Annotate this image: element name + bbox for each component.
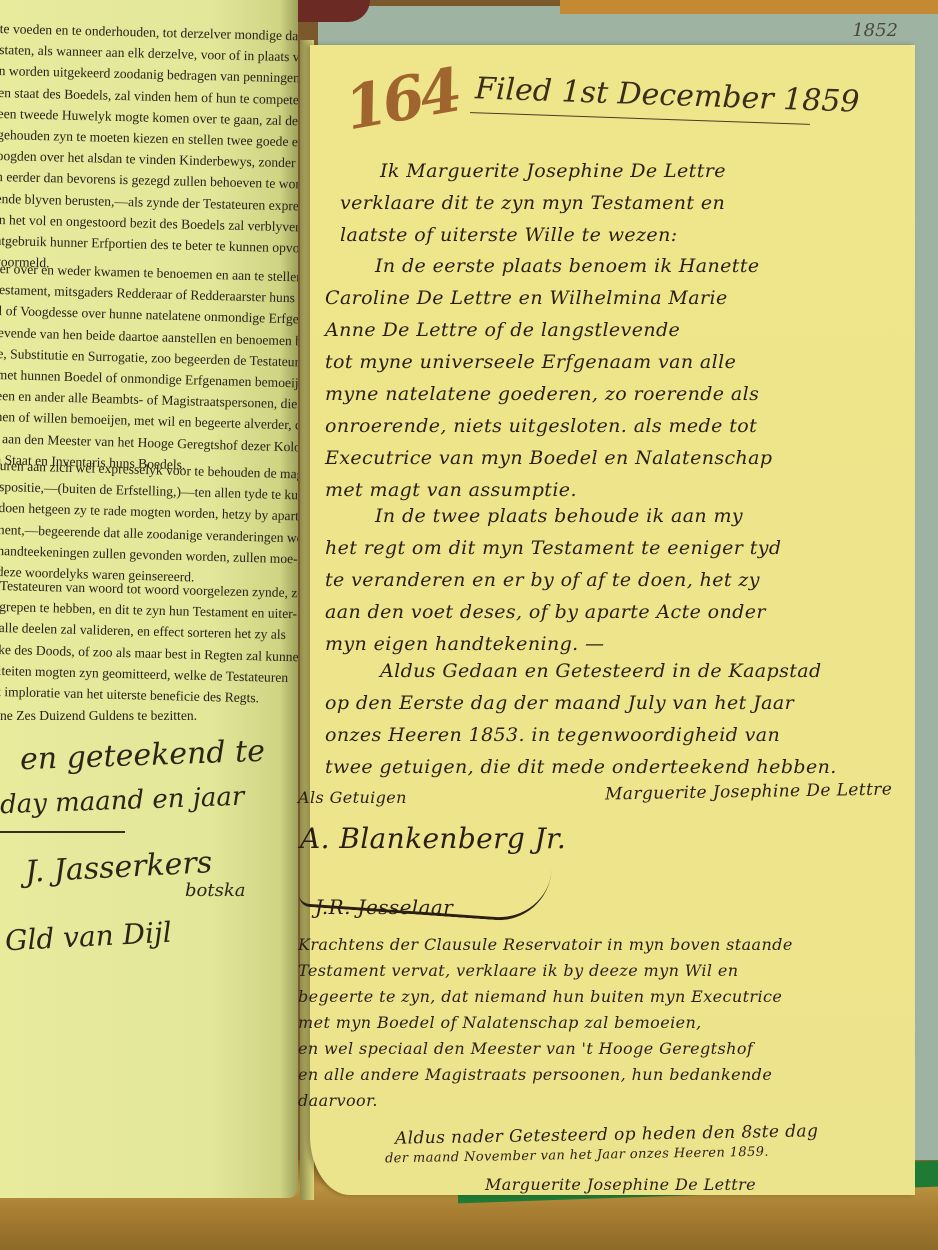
printed-block-1: te voeden en te onderhouden, tot derzelv…	[0, 18, 298, 280]
closing-signature: Marguerite Josephine De Lettre	[485, 1175, 756, 1194]
witness-2-signature: J.R. Jesselaar	[315, 895, 453, 919]
will-line: verklaare dit te zyn myn Testament en	[340, 192, 725, 214]
stack-ghost-text: 1852	[852, 20, 898, 41]
left-signature-2: Gld van Dijl	[4, 916, 172, 958]
codicil-line: en wel speciaal den Meester van 't Hooge…	[298, 1039, 753, 1058]
will-line: het regt om dit myn Testament te eeniger…	[325, 537, 781, 559]
left-handwritten-line-1: en geteekend te	[19, 734, 265, 778]
will-line: te veranderen en er by of af te doen, he…	[325, 569, 760, 591]
will-line: In de eerste plaats benoem ik Hanette	[375, 255, 760, 277]
left-handwritten-line-2: day maand en jaar	[0, 782, 245, 821]
left-divider-rule	[0, 831, 125, 833]
printed-final-line: ne Zes Duizend Guldens te bezitten.	[0, 705, 197, 726]
will-line: onroerende, niets uitgesloten. als mede …	[325, 415, 757, 437]
will-line: laatste of uiterste Wille te wezen:	[340, 224, 678, 246]
will-line: Anne De Lettre of de langstlevende	[325, 319, 680, 341]
codicil-line: Krachtens der Clausule Reservatoir in my…	[298, 935, 793, 954]
will-line: twee getuigen, die dit mede onderteekend…	[325, 756, 837, 778]
will-line: met magt van assumptie.	[325, 479, 577, 501]
will-line: aan den voet deses, of by aparte Acte on…	[325, 601, 766, 623]
codicil-line: met myn Boedel of Nalatenschap zal bemoe…	[298, 1013, 702, 1032]
codicil-line: Testament vervat, verklaare ik by deeze …	[298, 961, 738, 980]
document-photo: 1852 te voeden en te onderhouden, tot de…	[0, 0, 938, 1250]
codicil-line: begeerte te zyn, dat niemand hun buiten …	[298, 987, 782, 1006]
will-line: onzes Heeren 1853. in tegenwoordigheid v…	[325, 724, 780, 746]
left-printed-page: te voeden en te onderhouden, tot derzelv…	[0, 0, 298, 1198]
will-line: op den Eerste dag der maand July van het…	[325, 692, 794, 714]
will-line: myne natelatene goederen, zo roerende al…	[325, 383, 759, 405]
will-line: tot myne universeele Erfgenaam van alle	[325, 351, 736, 373]
will-line: In de twee plaats behoude ik aan my	[375, 505, 743, 527]
will-line: myn eigen handtekening. —	[325, 633, 604, 655]
witness-label: Als Getuigen	[298, 788, 407, 807]
printed-block-3: uren aan zich wel expresselyk voor te be…	[0, 455, 298, 591]
witness-1-signature: A. Blankenberg Jr.	[300, 822, 566, 855]
will-line: Ik Marguerite Josephine De Lettre	[380, 160, 726, 182]
will-line: Aldus Gedaan en Getesteerd in de Kaapsta…	[380, 660, 822, 682]
printed-block-2: er over en weder kwamen te benoemen en a…	[0, 258, 298, 478]
printed-block-4: Testateuren van woord tot woord voorgele…	[0, 575, 298, 710]
orange-cover-edge	[560, 0, 938, 14]
will-line: Caroline De Lettre en Wilhelmina Marie	[325, 287, 728, 309]
codicil-line: en alle andere Magistraats persoonen, hu…	[298, 1065, 772, 1084]
codicil-line: daarvoor.	[298, 1091, 378, 1110]
will-line: Executrice van myn Boedel en Nalatenscha…	[325, 447, 772, 469]
left-signature-1-sub: botska	[185, 880, 245, 901]
